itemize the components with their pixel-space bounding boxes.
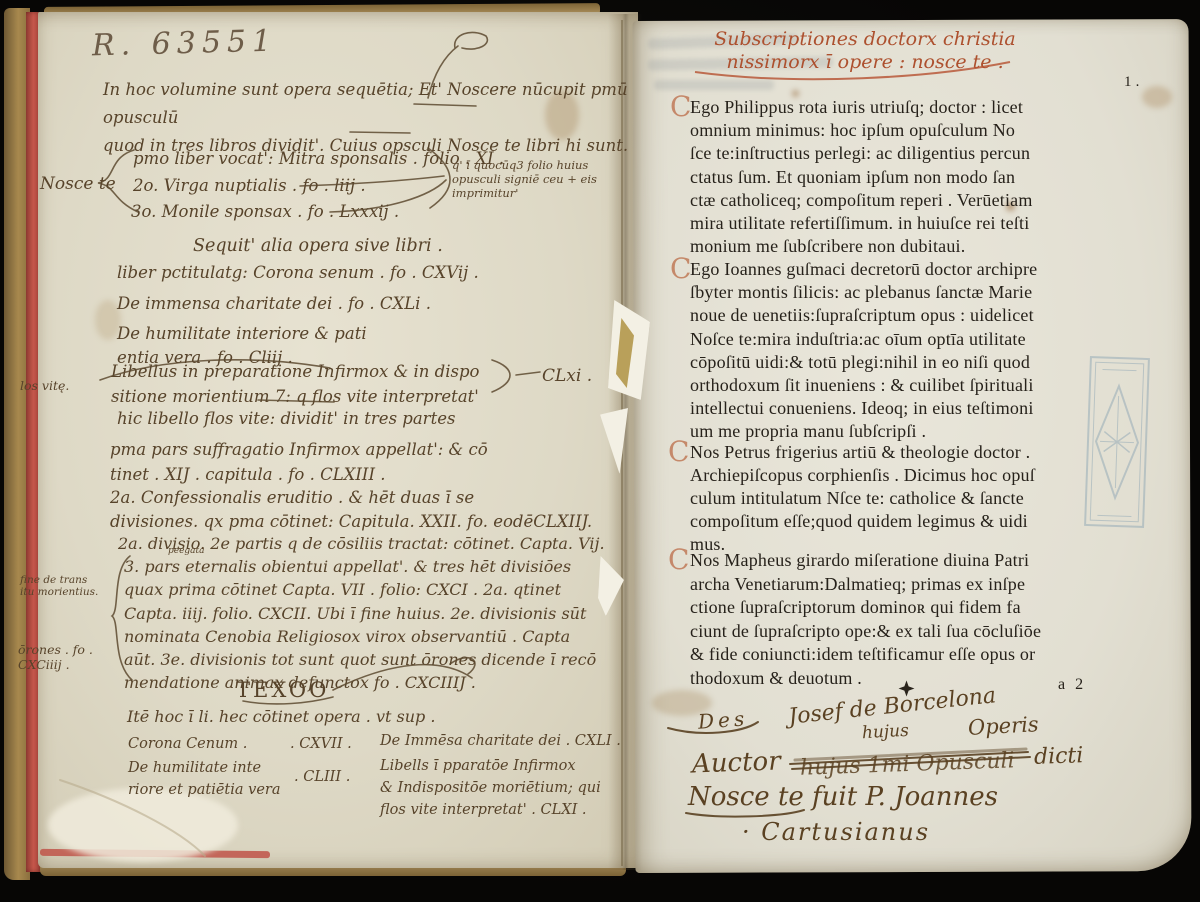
rubric-pilcrow: C: [668, 435, 689, 468]
ms-book-2: 2o. Virga nuptialis . fo . liij .: [133, 176, 366, 195]
page-number: 1 .: [1124, 74, 1140, 91]
rubric-header: Subscriptiones doctorx christia nissimor…: [700, 28, 1030, 74]
ms-work-6: pma pars suffragatio Infirmox appellat':…: [110, 437, 488, 487]
annotation-cartusianus: · Cartusianus: [742, 818, 930, 846]
ms-work-2: De immensa charitate dei . fo . CXLi .: [117, 294, 431, 313]
print-paragraph-4: Nos Mapheus girardo miſeratione diuina P…: [690, 549, 1170, 690]
ms-table-r1-right: De Immēsa charitate dei . CXLI .: [380, 733, 621, 749]
quire-signature: a 2: [1058, 676, 1086, 694]
annotation-nosce-te: Nosce te: [688, 782, 804, 812]
ms-intro: In hoc volumine sunt opera sequētia; Et'…: [103, 76, 648, 160]
ms-margin-fine: fine de trans itu morientius.: [20, 574, 98, 598]
ms-table-r2-right: Libells ī pparatōe Infirmox & Indisposit…: [380, 755, 601, 821]
annotation-insert-operis: Operis: [967, 712, 1039, 740]
annotation-dicti: dicti: [1034, 743, 1084, 770]
ms-table-heading: TEXOO: [236, 678, 329, 702]
annotation-author: fuit P. Joannes: [804, 782, 998, 812]
ms-book-1: pmo liber vocat': Mitra sponsalis . foli…: [133, 149, 504, 168]
show-through-text: [654, 80, 774, 90]
annotation-des: Des: [697, 706, 749, 733]
ms-margin-title: Nosce te: [40, 174, 116, 194]
ms-table-r2-left-folio: . CLIII .: [294, 769, 350, 785]
print-paragraph-1: Ego Philippus rota iuris utriuſq; doctor…: [690, 96, 1170, 258]
ms-margin-note: q' ī quocūq3 folio huius opusculi signiē…: [452, 158, 612, 200]
annotation-auctor: Auctor: [692, 746, 782, 779]
ms-table-r1-left: Corona Cenum .: [128, 736, 247, 752]
rubric-pilcrow: C: [670, 90, 691, 123]
annotation-insert-hujus: hujus: [862, 721, 910, 743]
ms-work-4-folio: CLxi .: [542, 366, 592, 386]
ms-work-5: hic libello flos vite: dividit' in tres …: [117, 409, 455, 428]
library-stamp: [1083, 355, 1151, 529]
ms-section-heading: Sequit' alia opera sive libri .: [193, 236, 443, 256]
shelfmark: R. 63551: [92, 24, 278, 64]
ms-table-r2-left: De humilitate inte riore et patiētia ver…: [128, 757, 280, 801]
ms-work-4: Libellus in preparatione Infirmox & in d…: [111, 359, 479, 409]
ms-book-3: 3o. Monile sponsax . fo . Lxxxij .: [131, 202, 399, 221]
annotation-title-line: Nosce te fuit P. Joannes: [688, 782, 998, 812]
rubric-pilcrow: C: [670, 252, 691, 285]
ms-margin-flos-vite: los vitę.: [20, 378, 69, 393]
book-photo: R. 63551 In hoc volumine sunt opera sequ…: [0, 0, 1200, 902]
ms-work-7: 2a. Confessionalis eruditio . & hēt duas…: [110, 486, 592, 534]
ms-work-1: liber pctitulatg: Corona senum . fo . CX…: [117, 263, 479, 282]
rubric-pilcrow: C: [668, 543, 689, 576]
ms-work-9: 3. pars eternalis obientui appellat'. & …: [124, 555, 634, 695]
ms-table-r1-left-folio: . CXVII .: [290, 736, 352, 752]
ms-margin-orones: ōrones . fo . CXCiiij .: [18, 642, 93, 672]
ms-table-intro: Itē hoc ī li. hec cōtinet opera . vt sup…: [127, 707, 435, 726]
